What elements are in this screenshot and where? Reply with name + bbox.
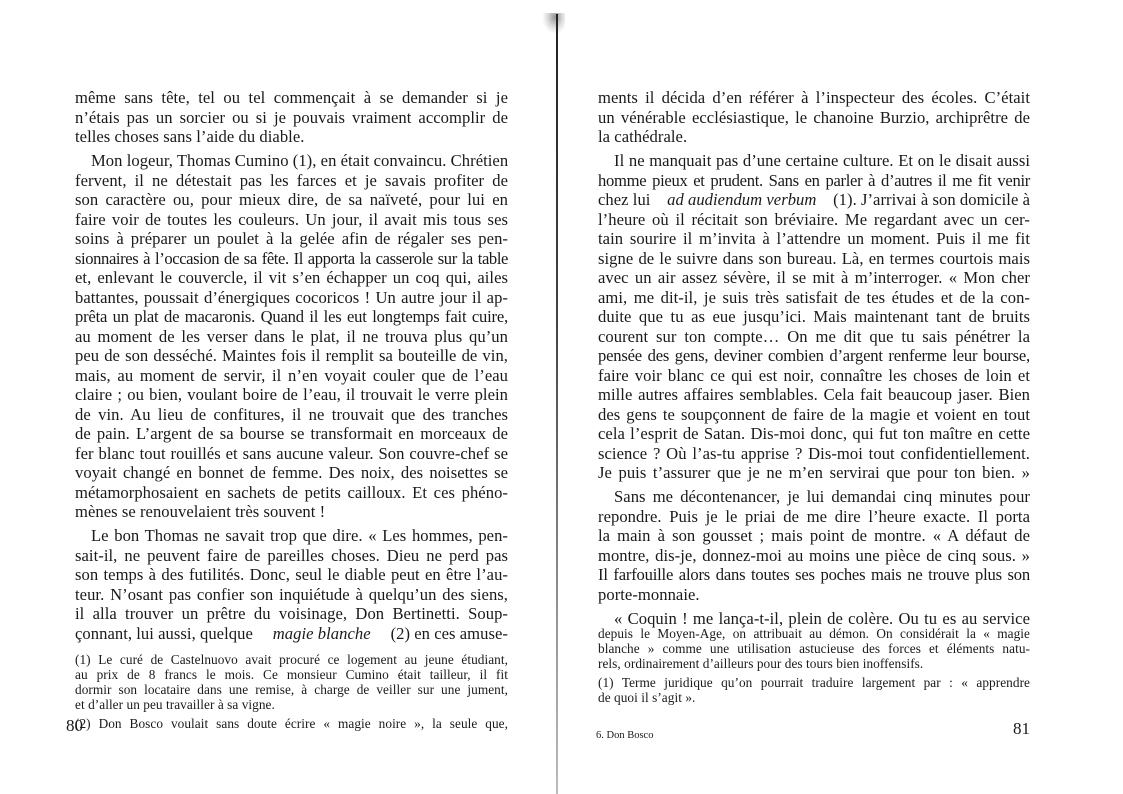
text-line: faire voir de toutes les couleurs. Un jo… bbox=[75, 210, 508, 230]
text-line: battantes, poussait d’énergiques cocoric… bbox=[75, 288, 508, 308]
text-line: prêta un plat de macaronis. Quand il les… bbox=[75, 307, 508, 327]
right-page: ments il décida d’en référer à l’inspect… bbox=[558, 0, 1123, 794]
text-line: il alla trouver un prêtre du voisinage, … bbox=[75, 604, 508, 624]
footnote-line: depuis le Moyen-Age, on attribuait au dé… bbox=[598, 626, 1030, 642]
text-line: la cathédrale. bbox=[598, 127, 687, 147]
footnote-line: au prix de 8 francs le mois. Ce monsieur… bbox=[75, 667, 508, 683]
text-line: mais, au moment de servir, il n’en voyai… bbox=[75, 366, 508, 386]
footnote-line: (1) Terme juridique qu’on pourrait tradu… bbox=[598, 675, 1030, 691]
text-line: courent sur ton compte… On me dit que tu… bbox=[598, 327, 1030, 347]
text-line: son caractère ou, pour mieux dire, de sa… bbox=[75, 190, 508, 210]
text-line: chez lui ad audiendum verbum (1). J’arri… bbox=[598, 190, 1030, 210]
text-line: porte-monnaie. bbox=[598, 585, 700, 605]
footnote-line: (1) Le curé de Castelnuovo avait procuré… bbox=[75, 652, 508, 668]
footnote-line: (2) Don Bosco voulait sans doute écrire … bbox=[75, 716, 508, 732]
text-line: Il ne manquait pas d’une certaine cultur… bbox=[614, 151, 1030, 171]
text-line: sionnaires à l’occasion de sa fête. Il a… bbox=[75, 249, 508, 269]
page-number: 80 bbox=[66, 716, 83, 736]
text-line: mille autres affaires semblables. Cela f… bbox=[598, 385, 1030, 405]
text-line: fer blanc tout rouillés et sans aucune v… bbox=[75, 444, 508, 464]
text-line: teur. N’osant pas confier son inquiétude… bbox=[75, 585, 508, 605]
text-line: cela l’esprit de Satan. Dis-moi donc, qu… bbox=[598, 424, 1030, 444]
text-line: la main à son gousset ; mais point de mo… bbox=[598, 526, 1030, 546]
text-line: avec un air assez sévère, il se mit à m’… bbox=[598, 268, 1030, 288]
text-line: Le bon Thomas ne savait trop que dire. «… bbox=[91, 526, 508, 546]
text-line: duite que tu as eue jusqu’ici. Mais main… bbox=[598, 307, 1030, 327]
text-line: mènes se renouvelaient très souvent ! bbox=[75, 502, 325, 522]
text-line: son temps à des futilités. Donc, seul le… bbox=[75, 565, 508, 585]
text-line: l’heure où il récitait son bréviaire. Me… bbox=[598, 210, 1030, 230]
text-line: même sans tête, tel ou tel commençait à … bbox=[75, 88, 508, 108]
text-line: çonnant, lui aussi, quelque magie blanch… bbox=[75, 624, 508, 644]
text-fragment: çonnant, lui aussi, quelque bbox=[75, 624, 253, 644]
text-line: science ? Où l’as-tu apprise ? Dis-moi t… bbox=[598, 444, 1030, 464]
text-line: au moment de les verser dans le plat, il… bbox=[75, 327, 508, 347]
text-line: tain sourire il m’invita à l’attendre un… bbox=[598, 229, 1030, 249]
text-line: peu de son desséché. Maintes fois il rem… bbox=[75, 346, 508, 366]
text-line: repondre. Puis je le priai de me dire l’… bbox=[598, 507, 1030, 527]
text-line: sait-il, ne peuvent faire de pareilles c… bbox=[75, 546, 508, 566]
left-page: même sans tête, tel ou tel commençait à … bbox=[0, 0, 556, 794]
text-line: n’étais pas un sorcier ou si je pouvais … bbox=[75, 108, 508, 128]
footnote-line: blanche » comme une utilisation astucieu… bbox=[598, 641, 1030, 657]
text-line: soins à préparer un poulet à la gelée af… bbox=[75, 229, 508, 249]
text-fragment: (1). J’arrivai à son domicile à bbox=[833, 190, 1030, 210]
text-fragment: (2) en ces amuse- bbox=[391, 624, 508, 644]
text-line: ments il décida d’en référer à l’inspect… bbox=[598, 88, 1030, 108]
text-line: faire voir blanc ce qui est noir, connaî… bbox=[598, 366, 1030, 386]
text-line: de pain. L’argent de sa bourse se transf… bbox=[75, 424, 508, 444]
footnote-line: et d’aller un peu travailler à sa vigne. bbox=[75, 697, 275, 713]
text-line: métamorphosaient en sachets de petits ca… bbox=[75, 483, 508, 503]
text-line: voyait changé en bonnet de femme. Des no… bbox=[75, 463, 508, 483]
footnote-line: dormir son locataire dans une remise, à … bbox=[75, 682, 508, 698]
footnote-line: rels, ordinairement d’ailleurs pour des … bbox=[598, 656, 923, 672]
text-line: pensée des gens, deviner combien d’argen… bbox=[598, 346, 1030, 366]
page-number: 81 bbox=[1013, 719, 1030, 739]
text-line: telles choses sans l’aide du diable. bbox=[75, 127, 304, 147]
text-line: Je puis t’assurer que je ne m’en servira… bbox=[598, 463, 1030, 483]
text-line: de vin. Au lieu de confitures, il ne tro… bbox=[75, 405, 508, 425]
text-line: et, enlevant le couvercle, il vit s’en é… bbox=[75, 268, 508, 288]
text-line: montre, dis-je, donnez-moi au moins une … bbox=[598, 546, 1030, 566]
text-line: claire ; ou bien, voulant boire de l’eau… bbox=[75, 385, 508, 405]
italic-term: magie blanche bbox=[273, 624, 371, 644]
text-line: des gens te soupçonnent de faire de la m… bbox=[598, 405, 1030, 425]
text-line: ami, me dit-il, je suis très satisfait d… bbox=[598, 288, 1030, 308]
text-line: signe de le suivre dans son bureau. Là, … bbox=[598, 249, 1030, 269]
text-line: Sans me décontenancer, je lui demandai c… bbox=[614, 487, 1030, 507]
text-line: un vénérable ecclésiastique, le chanoine… bbox=[598, 108, 1030, 128]
signature-mark: 6. Don Bosco bbox=[596, 729, 653, 743]
text-line: homme pieux et prudent. Sans en parler à… bbox=[598, 171, 1030, 191]
footnote-line: de quoi il s’agit ». bbox=[598, 690, 695, 706]
text-line: fervent, il ne détestait pas les farces … bbox=[75, 171, 508, 191]
text-line: Il farfouille alors dans toutes ses poch… bbox=[598, 565, 1030, 585]
text-fragment: chez lui bbox=[598, 190, 650, 210]
text-line: Mon logeur, Thomas Cumino (1), en était … bbox=[91, 151, 508, 171]
italic-term: ad audiendum verbum bbox=[667, 190, 816, 210]
